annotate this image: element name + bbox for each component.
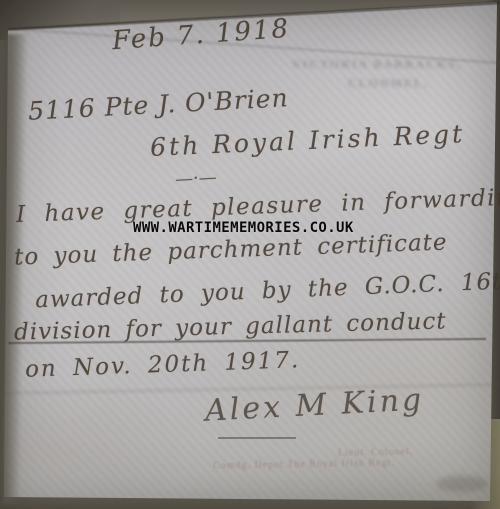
faded-ink-stamp-line1: VICTORIA BARRACKS, — [292, 57, 462, 72]
site-watermark: WWW.WARTIMEMEMORIES.CO.UK — [133, 220, 354, 236]
letter-photograph: VICTORIA BARRACKS, CLONMEL. Feb 7. 1918 … — [0, 0, 500, 509]
bottom-right-smudge — [436, 476, 488, 492]
handwritten-separator: —·— — [174, 167, 217, 190]
faded-ink-stamp-line2: CLONMEL. — [348, 76, 429, 91]
signature-underline — [218, 437, 296, 439]
